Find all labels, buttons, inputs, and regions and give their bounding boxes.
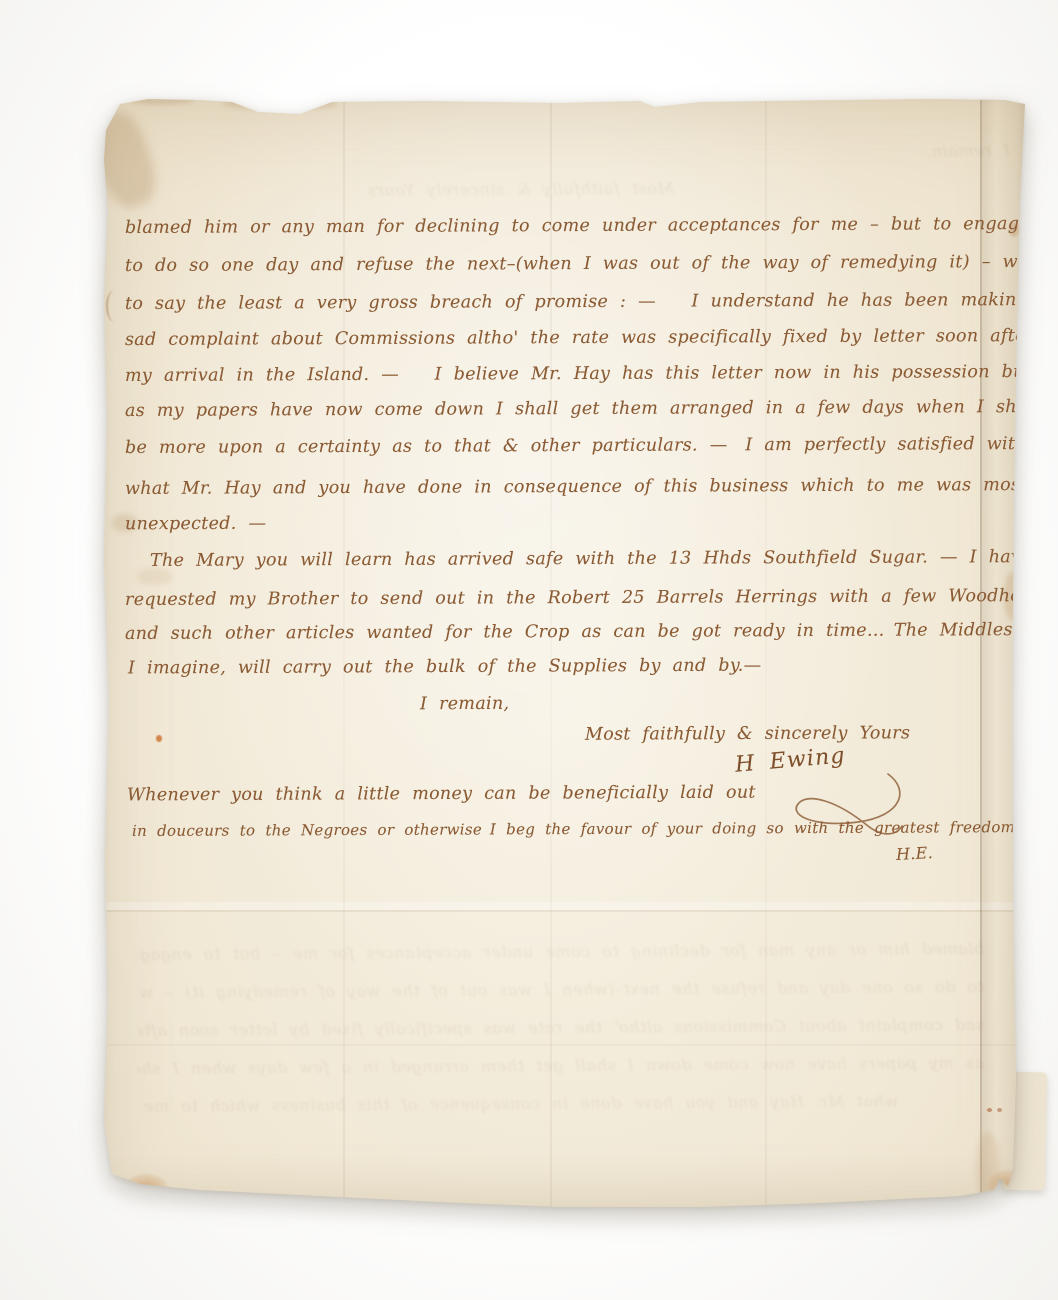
letter-page-wrap: Most faithfully & sincerely Yours I rema… [104,96,1026,1214]
foxing-stain [162,1190,180,1203]
photo-background: Most faithfully & sincerely Yours I rema… [0,0,1058,1300]
letter-page: Most faithfully & sincerely Yours I rema… [104,96,1026,1214]
paper-vignette [104,96,1026,1214]
